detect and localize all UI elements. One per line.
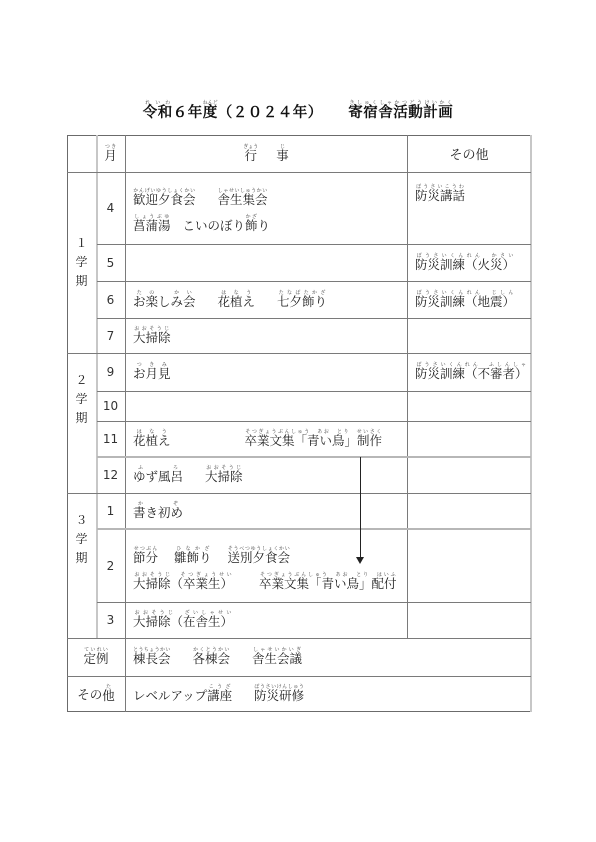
- event-item: 卒業文集「青い鳥」制作そつぎょうぶんしゅう あお とり せいさく: [245, 429, 383, 449]
- other-cell-jun: 防災訓練（地震）ぼうさいくんれん じしん: [407, 281, 531, 318]
- title-plan: 寄宿舎活動計画きしゅくしゃかつどうけいかく: [348, 100, 453, 122]
- events-cell-oct: [125, 391, 407, 421]
- term-3: ３ 学 期: [67, 493, 96, 638]
- arrow-down-icon: [356, 557, 364, 564]
- month-cell: 11: [96, 421, 125, 457]
- events-cell-nov: 花植えはなう 卒業文集「青い鳥」制作そつぎょうぶんしゅう あお とり せいさく: [125, 421, 407, 457]
- event-line: 大掃除（卒業生）おおそうじ そつぎょうせい 卒業文集「青い鳥」配付そつぎょうぶん…: [133, 566, 397, 592]
- other-cell-may: 防災訓練（火災）ぼうさいくんれん かさい: [407, 244, 531, 281]
- event-line: 節分せつぶん 雛飾りひなかざ 送別夕食会そうべつゆうしょくかい: [133, 540, 312, 566]
- arrow-line: [360, 457, 361, 561]
- event-item: 書き初めか ぞ: [133, 501, 183, 521]
- event-item: レベルアップ講座こうざ: [133, 684, 232, 704]
- events-cell-jul: 大掃除おおそうじ: [125, 318, 407, 353]
- event-item: 菖蒲湯しょうぶゆ: [133, 214, 171, 234]
- event-item: 花植えはなう: [218, 290, 256, 310]
- events-cell-feb: 節分せつぶん 雛飾りひなかざ 送別夕食会そうべつゆうしょくかい 大掃除（卒業生）…: [125, 529, 407, 602]
- month-cell: 2: [96, 529, 125, 602]
- event-item: 舎生会議しゃせいかいぎ: [252, 647, 302, 667]
- event-line: 歓迎夕食会かんげいゆうしょくかい 舎生集会しゃせいしゅうかい: [133, 182, 290, 208]
- events-cell-jan: 書き初めか ぞ: [125, 493, 407, 529]
- events-cell-dec: ゆず風呂ふろ 大掃除おおそうじ: [125, 457, 407, 493]
- event-item: 各棟会かくとうかい: [193, 647, 231, 667]
- events-cell-may: [125, 244, 407, 281]
- event-item: ゆず風呂ふろ: [133, 465, 183, 485]
- events-cell-jun: お楽しみ会たの かい 花植えはなう 七夕飾りたなばたかざ: [125, 281, 407, 318]
- other-cell-sep: 防災訓練（不審者）ぼうさいくんれん ふしんしゃ: [407, 353, 531, 391]
- event-item: こいのぼり飾かざり: [183, 214, 271, 234]
- footer-label-other: その他た: [67, 676, 125, 712]
- month-cell: 1: [96, 493, 125, 529]
- event-item: 七夕飾りたなばたかざ: [277, 290, 327, 310]
- month-cell: 10: [96, 391, 125, 421]
- month-cell: 6: [96, 281, 125, 318]
- header-month: 月つき: [96, 135, 125, 172]
- month-cell: 5: [96, 244, 125, 281]
- term-1: １ 学 期: [67, 172, 96, 353]
- event-line: 菖蒲湯しょうぶゆ こいのぼり飾かざり: [133, 208, 292, 234]
- events-cell-sep: お月見つきみ: [125, 353, 407, 391]
- event-item: 大掃除おおそうじ: [205, 465, 243, 485]
- event-item: 卒業文集「青い鳥」配付そつぎょうぶんしゅう あお とり はいふ: [259, 572, 397, 592]
- term-2: ２ 学 期: [67, 353, 96, 493]
- events-cell-apr: 歓迎夕食会かんげいゆうしょくかい 舎生集会しゃせいしゅうかい 菖蒲湯しょうぶゆ …: [125, 172, 407, 244]
- month-cell: 9: [96, 353, 125, 391]
- event-item: 大掃除（在舎生）おおそうじ ざいしゃせい: [133, 610, 233, 630]
- event-item: 節分せつぶん: [133, 546, 158, 566]
- footer-items-regular: 棟長会とうちょうかい 各棟会かくとうかい 舎生会議しゃせいかいぎ: [125, 638, 531, 676]
- month-cell: 3: [96, 602, 125, 638]
- event-item: 防災研修ぼうさいけんしゅう: [254, 684, 304, 704]
- footer-label-regular: 定例ていれい: [67, 638, 125, 676]
- header-events: 行ぎょう事じ: [125, 135, 407, 172]
- event-item: お月見つきみ: [133, 362, 171, 382]
- document-title: 令和れいわ６年度ねんど（２０２４年） 寄宿舎活動計画きしゅくしゃかつどうけいかく: [0, 100, 596, 122]
- event-item: お楽しみ会たの かい: [133, 290, 196, 310]
- month-cell: 12: [96, 457, 125, 493]
- event-item: 大掃除（卒業生）おおそうじ そつぎょうせい: [133, 572, 233, 592]
- footer-items-other: レベルアップ講座こうざ 防災研修ぼうさいけんしゅう: [125, 676, 531, 712]
- event-item: 送別夕食会そうべつゆうしょくかい: [228, 546, 291, 566]
- title-year: 令和れいわ６年度ねんど（２０２４年）: [143, 100, 323, 122]
- event-item: 花植えはなう: [133, 429, 171, 449]
- event-item: 棟長会とうちょうかい: [133, 647, 171, 667]
- other-cell-apr: 防災講話ぼうさいこうわ: [407, 172, 531, 244]
- event-item: 舎生集会しゃせいしゅうかい: [218, 188, 268, 208]
- month-cell: 4: [96, 172, 125, 244]
- event-item: 歓迎夕食会かんげいゆうしょくかい: [133, 188, 196, 208]
- event-item: 雛飾りひなかざ: [174, 546, 212, 566]
- event-item: 大掃除おおそうじ: [133, 326, 171, 346]
- header-other: その他: [407, 135, 531, 172]
- events-cell-mar: 大掃除（在舎生）おおそうじ ざいしゃせい: [125, 602, 407, 638]
- month-cell: 7: [96, 318, 125, 353]
